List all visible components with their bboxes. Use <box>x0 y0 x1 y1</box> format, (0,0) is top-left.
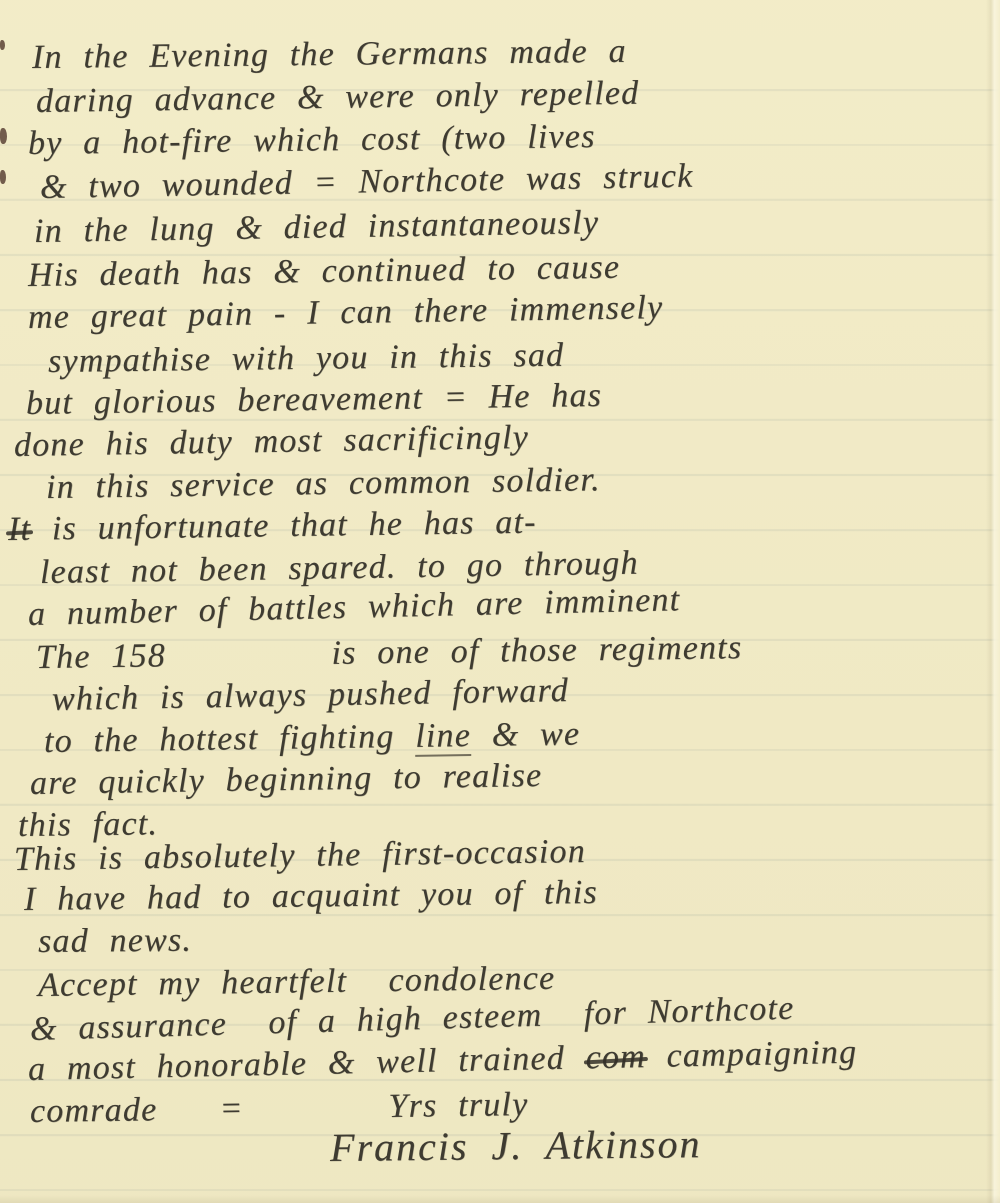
scan-artifact-speck <box>0 40 5 50</box>
letter-line: This is absolutely the first-occasion <box>14 832 586 880</box>
signature-line: Francis J. Atkinson <box>330 1124 702 1168</box>
handwritten-text: is unfortunate that he has at- <box>31 504 537 548</box>
letter-line: done his duty most sacrificingly <box>14 418 529 466</box>
letter-line: In the Evening the Germans made a <box>32 32 627 78</box>
handwritten-text: me great pain - I can there immensely <box>28 289 664 336</box>
letter-line: The 158 is one of those regiments <box>36 628 743 678</box>
letter-line: but glorious bereavement = He has <box>26 376 603 424</box>
letter-line: It is unfortunate that he has at- <box>8 503 537 550</box>
handwritten-text: are quickly beginning to realise <box>30 757 543 802</box>
letter-scan: In the Evening the Germans made adaring … <box>0 0 1000 1203</box>
letter-line: in the lung & died instantaneously <box>34 203 600 252</box>
letter-line: daring advance & were only repelled <box>36 74 640 122</box>
handwritten-text: but glorious bereavement = He has <box>26 377 603 422</box>
letter-line: & two wounded = Northcote was struck <box>40 157 694 208</box>
handwritten-text: to the hottest fighting <box>44 718 416 760</box>
handwritten-text: sad news. <box>38 922 192 960</box>
handwritten-text: done his duty most sacrificingly <box>14 419 529 464</box>
struck-out-word: It <box>8 511 32 548</box>
handwritten-text: by a hot-fire which cost (two lives <box>28 118 596 162</box>
letter-line: sympathise with you in this sad <box>48 336 565 382</box>
handwritten-text: in the lung & died instantaneously <box>34 204 600 250</box>
letter-line: are quickly beginning to realise <box>30 756 543 804</box>
letter-line: in this service as common soldier. <box>46 460 601 508</box>
letter-line: to the hottest fighting line & we <box>44 715 581 762</box>
handwritten-text: His death has & continued to cause <box>28 249 621 294</box>
handwritten-text: Francis J. Atkinson <box>330 1121 702 1170</box>
letter-line: by a hot-fire which cost (two lives <box>28 117 596 164</box>
handwritten-text: daring advance & were only repelled <box>36 75 640 120</box>
page-edge <box>986 0 1000 1203</box>
scan-artifact-speck <box>0 170 6 184</box>
handwritten-text: sympathise with you in this sad <box>48 337 565 380</box>
struck-out-word: com <box>585 1038 646 1076</box>
handwritten-text: I have had to acquaint you of this <box>24 874 598 918</box>
letter-line: me great pain - I can there immensely <box>28 288 664 338</box>
handwritten-text: & we <box>471 716 581 755</box>
handwritten-text: In the Evening the Germans made a <box>32 33 627 76</box>
handwritten-text: campaigning <box>645 1034 857 1075</box>
handwritten-text: in this service as common soldier. <box>46 461 601 506</box>
handwritten-text: which is always pushed forward <box>52 672 570 718</box>
handwritten-text: This is absolutely the first-occasion <box>14 833 586 878</box>
letter-line: His death has & continued to cause <box>28 248 621 296</box>
handwritten-text: The 158 is one of those regiments <box>36 629 743 676</box>
letter-line: which is always pushed forward <box>52 671 570 720</box>
scan-artifact-speck <box>0 128 7 144</box>
page-edge-bottom <box>0 1195 1000 1203</box>
handwritten-text: & two wounded = Northcote was struck <box>40 158 694 206</box>
letter-line: I have had to acquaint you of this <box>24 873 598 920</box>
letter-line: sad news. <box>38 921 192 962</box>
underlined-word: line <box>415 717 471 757</box>
